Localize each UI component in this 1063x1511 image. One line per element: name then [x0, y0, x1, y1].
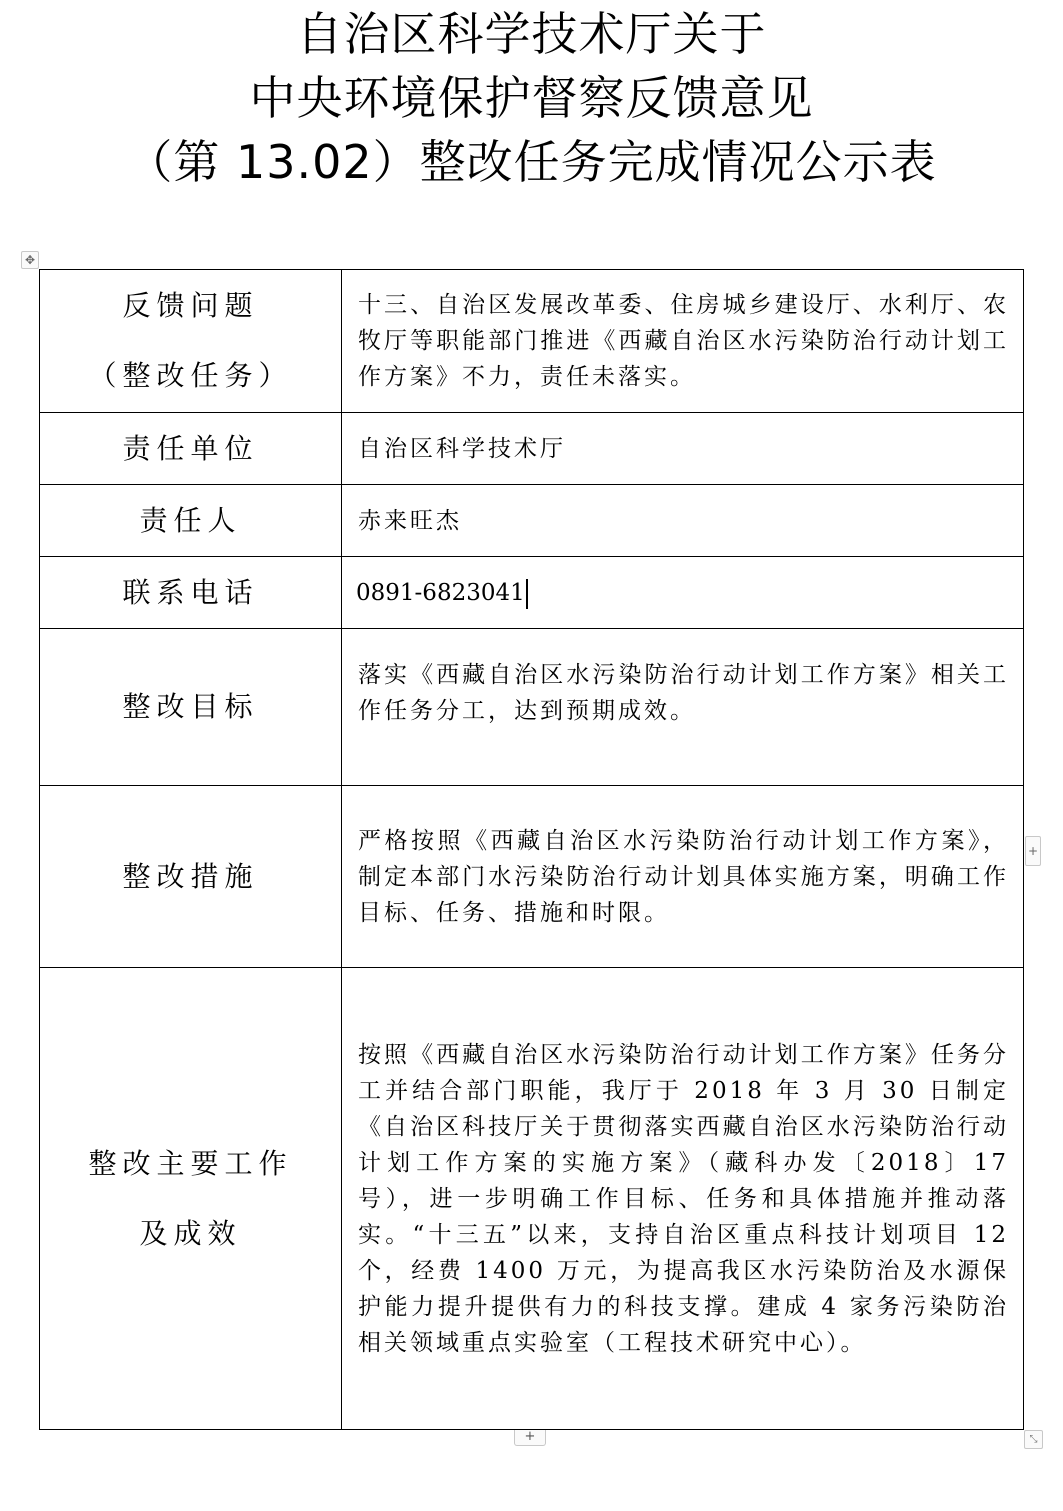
- label-feedback-issue: 反馈问题 （整改任务）: [40, 270, 342, 413]
- document-title: 自治区科学技术厅关于 中央环境保护督察反馈意见 （第 13.02）整改任务完成情…: [0, 2, 1063, 194]
- value-main-work[interactable]: 按照《西藏自治区水污染防治行动计划工作方案》任务分工并结合部门职能，我厅于 20…: [342, 968, 1024, 1430]
- add-column-icon[interactable]: +: [1025, 836, 1041, 866]
- label-line: （整改任务）: [40, 341, 341, 411]
- label-responsible-unit: 责任单位: [40, 413, 342, 485]
- label-goal: 整改目标: [40, 629, 342, 786]
- label-measures: 整改措施: [40, 786, 342, 968]
- label-main-work: 整改主要工作 及成效: [40, 968, 342, 1430]
- add-row-icon[interactable]: +: [514, 1430, 546, 1446]
- table-resize-icon[interactable]: ⤡: [1024, 1430, 1043, 1449]
- rectification-table: 反馈问题 （整改任务） 十三、自治区发展改革委、住房城乡建设厅、水利厅、农牧厅等…: [39, 269, 1024, 1430]
- label-line: 整改主要工作: [40, 1129, 341, 1199]
- title-line-3: （第 13.02）整改任务完成情况公示表: [0, 130, 1063, 194]
- table-row-main-work: 整改主要工作 及成效 按照《西藏自治区水污染防治行动计划工作方案》任务分工并结合…: [40, 968, 1024, 1430]
- value-responsible-unit[interactable]: 自治区科学技术厅: [342, 413, 1024, 485]
- value-phone-cell[interactable]: 0891-6823041: [342, 557, 1024, 629]
- label-responsible-person: 责任人: [40, 485, 342, 557]
- value-feedback-issue[interactable]: 十三、自治区发展改革委、住房城乡建设厅、水利厅、农牧厅等职能部门推进《西藏自治区…: [342, 270, 1024, 413]
- title-line-2: 中央环境保护督察反馈意见: [0, 66, 1063, 130]
- table-row-phone: 联系电话 0891-6823041: [40, 557, 1024, 629]
- value-measures[interactable]: 严格按照《西藏自治区水污染防治行动计划工作方案》，制定本部门水污染防治行动计划具…: [342, 786, 1024, 968]
- table-row-responsible-person: 责任人 赤来旺杰: [40, 485, 1024, 557]
- table-row-measures: 整改措施 严格按照《西藏自治区水污染防治行动计划工作方案》，制定本部门水污染防治…: [40, 786, 1024, 968]
- value-responsible-person[interactable]: 赤来旺杰: [342, 485, 1024, 557]
- table-row-goal: 整改目标 落实《西藏自治区水污染防治行动计划工作方案》相关工作任务分工，达到预期…: [40, 629, 1024, 786]
- text-cursor: [526, 579, 528, 609]
- title-line-1: 自治区科学技术厅关于: [0, 2, 1063, 66]
- value-phone: 0891-6823041: [356, 580, 525, 606]
- table-move-handle-icon[interactable]: ✥: [21, 251, 39, 269]
- label-line: 反馈问题: [40, 271, 341, 341]
- label-line: 及成效: [40, 1199, 341, 1269]
- label-phone: 联系电话: [40, 557, 342, 629]
- table-row-feedback-issue: 反馈问题 （整改任务） 十三、自治区发展改革委、住房城乡建设厅、水利厅、农牧厅等…: [40, 270, 1024, 413]
- table-row-responsible-unit: 责任单位 自治区科学技术厅: [40, 413, 1024, 485]
- value-goal[interactable]: 落实《西藏自治区水污染防治行动计划工作方案》相关工作任务分工，达到预期成效。: [342, 629, 1024, 786]
